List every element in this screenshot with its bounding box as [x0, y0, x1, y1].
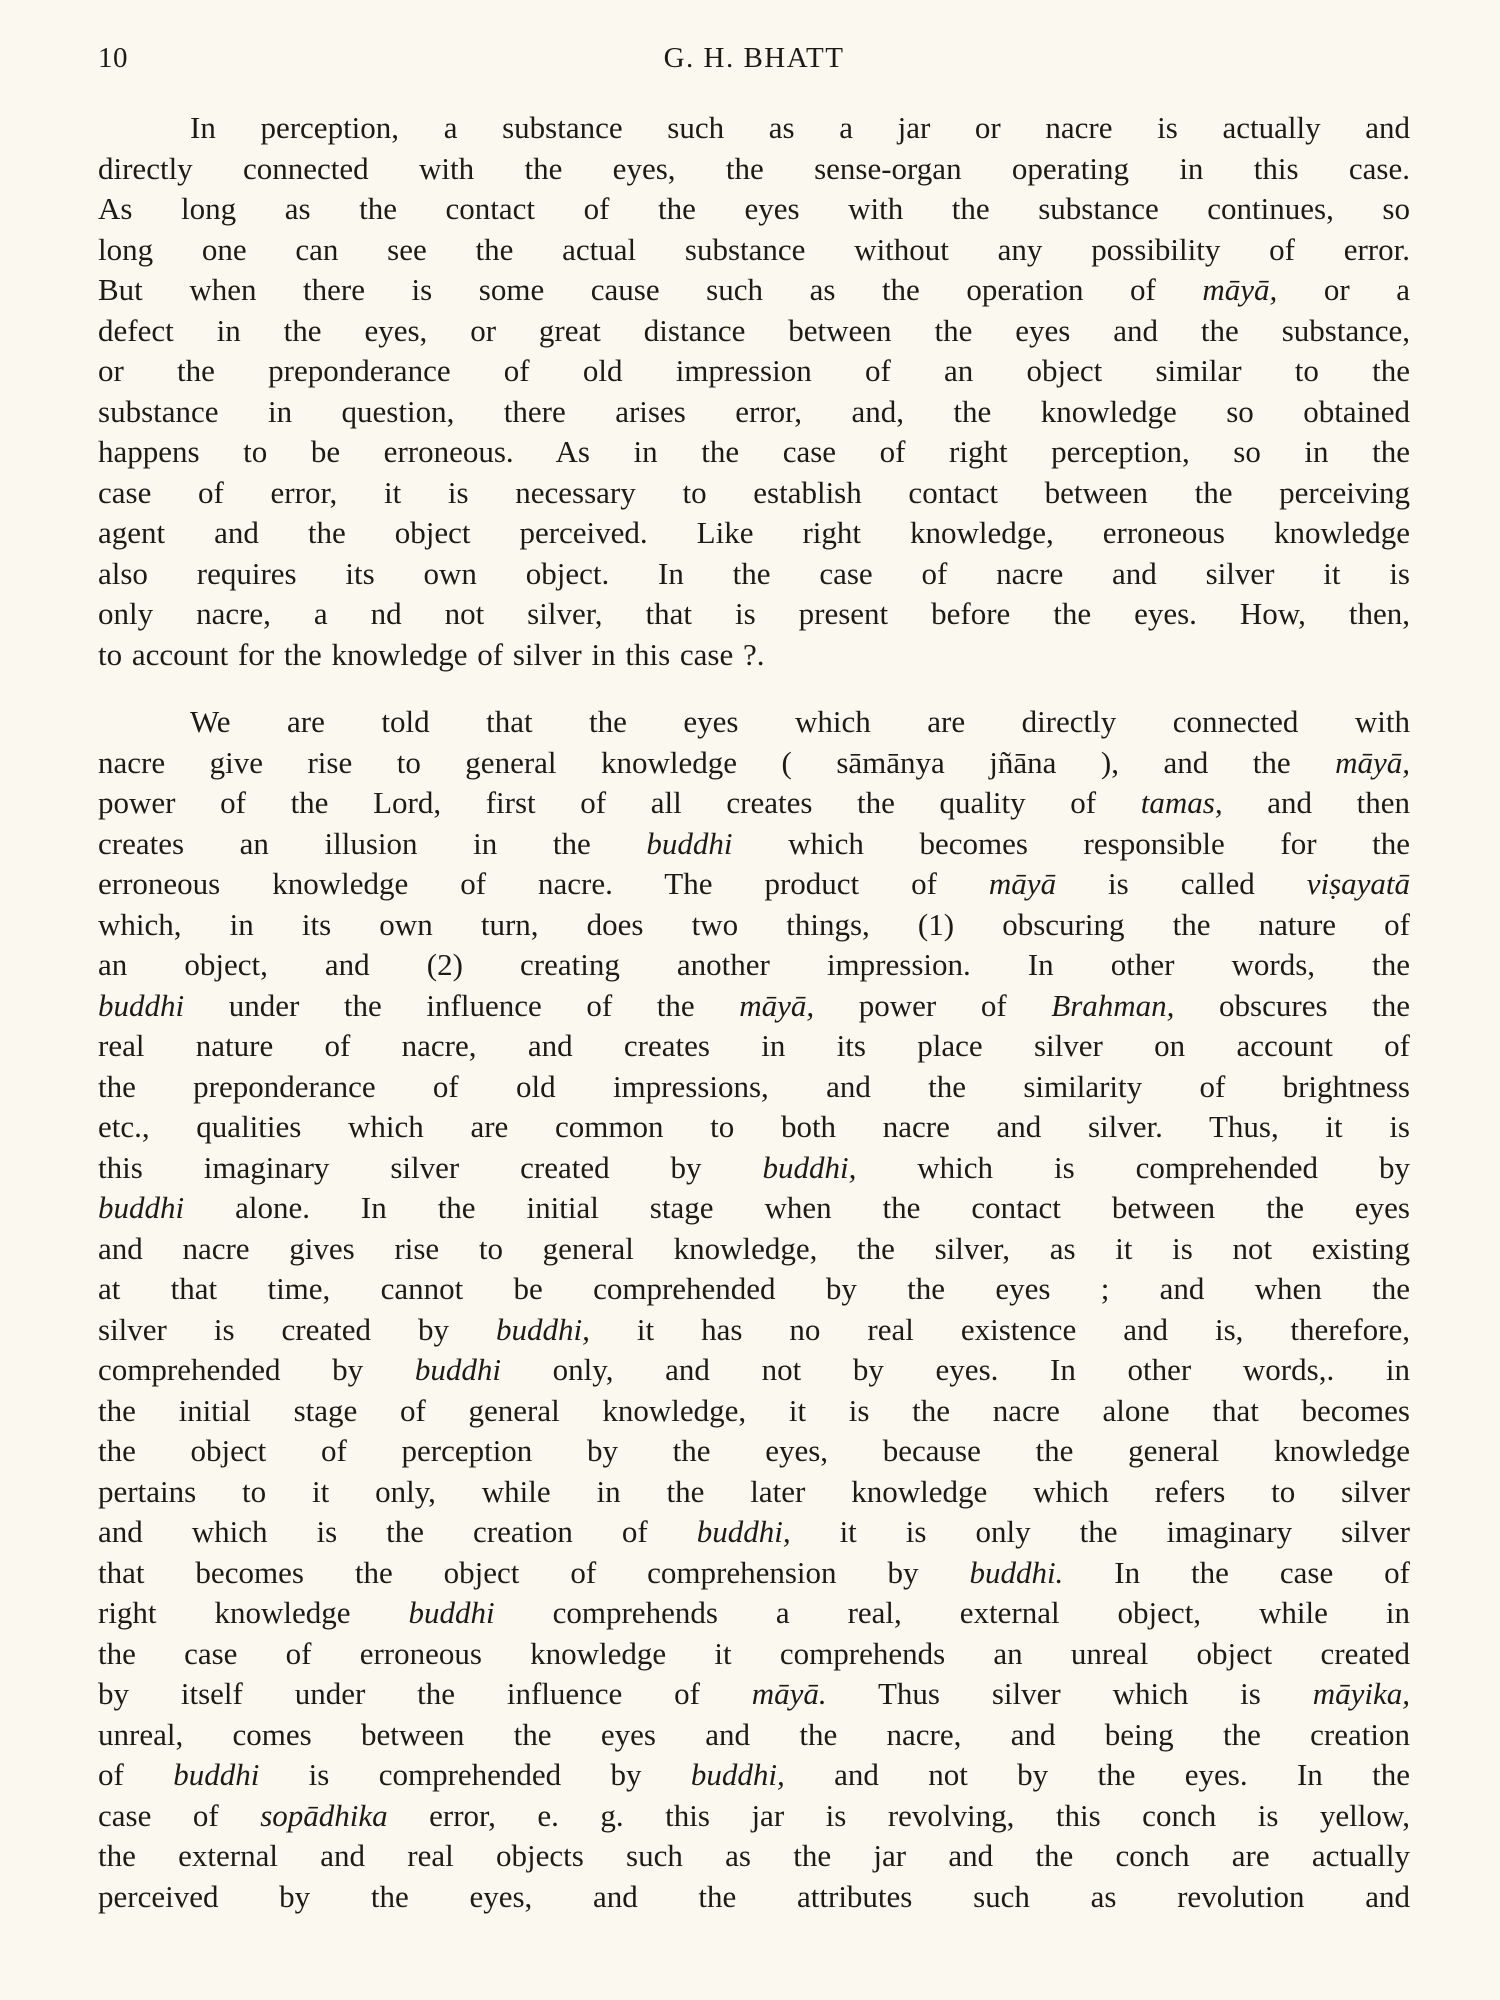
text-line: As long as the contact of the eyes with … — [98, 189, 1410, 230]
italic-term: māyā, — [1202, 272, 1277, 307]
text-run: comprehended by — [98, 1352, 415, 1387]
text-line: which, in its own turn, does two things,… — [98, 905, 1410, 946]
text-run: the case of erroneous knowledge it compr… — [98, 1636, 1410, 1671]
text-run: the external and real objects such as th… — [98, 1838, 1410, 1873]
text-run: that becomes the object of comprehension… — [98, 1555, 969, 1590]
book-page: 10 G. H. BHATT In perception, a substanc… — [0, 0, 1500, 2000]
text-run: under the influence of the — [184, 988, 739, 1023]
text-line: long one can see the actual substance wi… — [98, 230, 1410, 271]
text-line: substance in question, there arises erro… — [98, 392, 1410, 433]
text-run: and then — [1223, 785, 1410, 820]
text-run: it has no real existence and is, therefo… — [590, 1312, 1410, 1347]
text-run: nacre give rise to general knowledge ( s… — [98, 745, 1335, 780]
text-run: which becomes responsible for the — [733, 826, 1411, 861]
text-line: that becomes the object of comprehension… — [98, 1553, 1410, 1594]
italic-term: māyā, — [739, 988, 814, 1023]
text-line: an object, and (2) creating another impr… — [98, 945, 1410, 986]
text-run: or the preponderance of old impression o… — [98, 353, 1410, 388]
text-run: unreal, comes between the eyes and the n… — [98, 1717, 1410, 1752]
text-run: case of — [98, 1798, 260, 1833]
text-run: right knowledge — [98, 1595, 409, 1630]
text-line: right knowledge buddhi comprehends a rea… — [98, 1593, 1410, 1634]
text-line: buddhi under the influence of the māyā, … — [98, 986, 1410, 1027]
text-run: of — [98, 1757, 173, 1792]
text-run: directly connected with the eyes, the se… — [98, 151, 1410, 186]
italic-term: buddhi, — [496, 1312, 590, 1347]
italic-term: māyā, — [1335, 745, 1410, 780]
text-run: As long as the contact of the eyes with … — [98, 191, 1410, 226]
text-line: In perception, a substance such as a jar… — [98, 108, 1410, 149]
italic-term: māyika, — [1313, 1676, 1410, 1711]
text-line: agent and the object perceived. Like rig… — [98, 513, 1410, 554]
text-run: it is only the imaginary silver — [791, 1514, 1410, 1549]
text-run: In the case of — [1063, 1555, 1410, 1590]
text-run: by itself under the influence of — [98, 1676, 752, 1711]
text-run: real nature of nacre, and creates in its… — [98, 1028, 1410, 1063]
text-line: only nacre, a nd not silver, that is pre… — [98, 594, 1410, 635]
text-run: agent and the object perceived. Like rig… — [98, 515, 1410, 550]
text-run: error, e. g. this jar is revolving, this… — [388, 1798, 1410, 1833]
text-run: erroneous knowledge of nacre. The produc… — [98, 866, 989, 901]
text-line: the external and real objects such as th… — [98, 1836, 1410, 1877]
text-line: this imaginary silver created by buddhi,… — [98, 1148, 1410, 1189]
text-run: silver is created by — [98, 1312, 496, 1347]
text-run: creates an illusion in the — [98, 826, 646, 861]
text-run: this imaginary silver created by — [98, 1150, 762, 1185]
text-run: only nacre, a nd not silver, that is pre… — [98, 596, 1410, 631]
text-line: real nature of nacre, and creates in its… — [98, 1026, 1410, 1067]
text-run: the preponderance of old impressions, an… — [98, 1069, 1410, 1104]
italic-term: māyā. — [752, 1676, 827, 1711]
text-line: the object of perception by the eyes, be… — [98, 1431, 1410, 1472]
text-run: comprehends a real, external object, whi… — [495, 1595, 1410, 1630]
italic-term: buddhi, — [691, 1757, 785, 1792]
body-text: In perception, a substance such as a jar… — [98, 108, 1410, 1917]
paragraph: We are told that the eyes which are dire… — [98, 702, 1410, 1917]
text-line: We are told that the eyes which are dire… — [98, 702, 1410, 743]
text-run: But when there is some cause such as the… — [98, 272, 1202, 307]
text-line: directly connected with the eyes, the se… — [98, 149, 1410, 190]
italic-term: buddhi. — [969, 1555, 1063, 1590]
text-line: and nacre gives rise to general knowledg… — [98, 1229, 1410, 1270]
text-run: substance in question, there arises erro… — [98, 394, 1410, 429]
text-run: pertains to it only, while in the later … — [98, 1474, 1410, 1509]
text-run: case of error, it is necessary to establ… — [98, 475, 1410, 510]
text-run: which is comprehended by — [856, 1150, 1410, 1185]
text-run: etc., qualities which are common to both… — [98, 1109, 1410, 1144]
text-line: or the preponderance of old impression o… — [98, 351, 1410, 392]
italic-term: buddhi — [173, 1757, 259, 1792]
text-run: In perception, a substance such as a jar… — [190, 110, 1410, 145]
text-run: We are told that the eyes which are dire… — [190, 704, 1410, 739]
paragraph-gap — [98, 675, 1410, 702]
italic-term: Brahman, — [1051, 988, 1174, 1023]
italic-term: buddhi, — [697, 1514, 791, 1549]
italic-term: buddhi — [415, 1352, 501, 1387]
text-run: alone. In the initial stage when the con… — [184, 1190, 1410, 1225]
text-run: Thus silver which is — [827, 1676, 1313, 1711]
text-line: nacre give rise to general knowledge ( s… — [98, 743, 1410, 784]
text-line: unreal, comes between the eyes and the n… — [98, 1715, 1410, 1756]
text-run: power of the Lord, first of all creates … — [98, 785, 1141, 820]
text-line: of buddhi is comprehended by buddhi, and… — [98, 1755, 1410, 1796]
text-run: and not by the eyes. In the — [785, 1757, 1410, 1792]
text-line: But when there is some cause such as the… — [98, 270, 1410, 311]
italic-term: buddhi — [646, 826, 732, 861]
text-line: perceived by the eyes, and the attribute… — [98, 1877, 1410, 1918]
text-run: also requires its own object. In the cas… — [98, 556, 1410, 591]
text-run: obscures the — [1174, 988, 1410, 1023]
text-run: and which is the creation of — [98, 1514, 697, 1549]
text-run: and nacre gives rise to general knowledg… — [98, 1231, 1410, 1266]
text-line: etc., qualities which are common to both… — [98, 1107, 1410, 1148]
italic-term: buddhi, — [762, 1150, 856, 1185]
running-head: 10 G. H. BHATT — [98, 42, 1410, 92]
italic-term: sopādhika — [260, 1798, 387, 1833]
text-line: defect in the eyes, or great distance be… — [98, 311, 1410, 352]
text-run: the initial stage of general knowledge, … — [98, 1393, 1410, 1428]
text-run: which, in its own turn, does two things,… — [98, 907, 1410, 942]
text-run: defect in the eyes, or great distance be… — [98, 313, 1410, 348]
text-line: silver is created by buddhi, it has no r… — [98, 1310, 1410, 1351]
italic-term: māyā — [989, 866, 1056, 901]
text-run: at that time, cannot be comprehended by … — [98, 1271, 1410, 1306]
text-run: power of — [814, 988, 1051, 1023]
text-line: pertains to it only, while in the later … — [98, 1472, 1410, 1513]
text-line: the case of erroneous knowledge it compr… — [98, 1634, 1410, 1675]
paragraph: In perception, a substance such as a jar… — [98, 108, 1410, 675]
text-run: is called — [1056, 866, 1307, 901]
text-line: by itself under the influence of māyā. T… — [98, 1674, 1410, 1715]
text-line: the initial stage of general knowledge, … — [98, 1391, 1410, 1432]
text-line: power of the Lord, first of all creates … — [98, 783, 1410, 824]
italic-term: buddhi — [98, 988, 184, 1023]
text-run: the object of perception by the eyes, be… — [98, 1433, 1410, 1468]
text-run: happens to be erroneous. As in the case … — [98, 434, 1410, 469]
text-run: only, and not by eyes. In other words,. … — [501, 1352, 1410, 1387]
italic-term: tamas, — [1141, 785, 1223, 820]
text-line: case of sopādhika error, e. g. this jar … — [98, 1796, 1410, 1837]
text-line: the preponderance of old impressions, an… — [98, 1067, 1410, 1108]
text-run: is comprehended by — [259, 1757, 691, 1792]
text-line: buddhi alone. In the initial stage when … — [98, 1188, 1410, 1229]
text-line: case of error, it is necessary to establ… — [98, 473, 1410, 514]
text-line: comprehended by buddhi only, and not by … — [98, 1350, 1410, 1391]
italic-term: viṣayatā — [1307, 866, 1410, 901]
running-title: G. H. BHATT — [98, 42, 1410, 75]
text-run: or a — [1277, 272, 1410, 307]
text-run: long one can see the actual substance wi… — [98, 232, 1410, 267]
text-line: erroneous knowledge of nacre. The produc… — [98, 864, 1410, 905]
text-run: perceived by the eyes, and the attribute… — [98, 1879, 1410, 1914]
italic-term: buddhi — [409, 1595, 495, 1630]
text-line: creates an illusion in the buddhi which … — [98, 824, 1410, 865]
text-line: also requires its own object. In the cas… — [98, 554, 1410, 595]
text-line: to account for the knowledge of silver i… — [98, 635, 1410, 676]
text-line: and which is the creation of buddhi, it … — [98, 1512, 1410, 1553]
text-run: an object, and (2) creating another impr… — [98, 947, 1410, 982]
text-run: to account for the knowledge of silver i… — [98, 637, 765, 672]
text-line: happens to be erroneous. As in the case … — [98, 432, 1410, 473]
text-line: at that time, cannot be comprehended by … — [98, 1269, 1410, 1310]
italic-term: buddhi — [98, 1190, 184, 1225]
